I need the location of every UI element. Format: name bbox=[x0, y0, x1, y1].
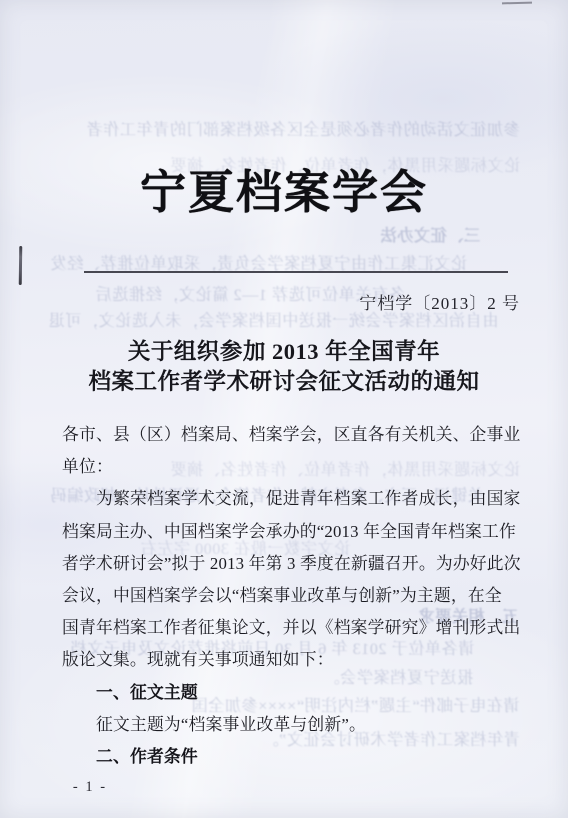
body-line-paragraph: 为繁荣档案学术交流，促进青年档案工作者成长，由国家 bbox=[62, 483, 522, 515]
header-divider-rule bbox=[84, 271, 508, 273]
body-line-paragraph: 版论文集。现就有关事项通知如下： bbox=[62, 644, 522, 676]
notice-body: 各市、县（区）档案局、档案学会，区直各有关机关、企事业 单位： 为繁荣档案学术交… bbox=[62, 419, 522, 773]
bleedthrough-text: 参加征文活动的作者必须是全区各级档案部门的青年工作者 bbox=[86, 116, 520, 140]
scan-edge-mark bbox=[502, 2, 532, 5]
scanned-document-page: 参加征文活动的作者必须是全区各级档案部门的青年工作者 论文标题采用黑体，作者单位… bbox=[0, 0, 568, 818]
bleedthrough-text: 三、征文办法 bbox=[380, 222, 480, 246]
page-number: - 1 - bbox=[58, 779, 122, 796]
notice-title-line-2: 档案工作者学术研讨会征文活动的通知 bbox=[0, 364, 568, 396]
notice-title-line-1: 关于组织参加 2013 年全国青年 bbox=[0, 334, 568, 366]
document-number: 宁档学〔2013〕2 号 bbox=[359, 289, 520, 314]
section-heading-2: 二、作者条件 bbox=[62, 741, 522, 773]
body-line-paragraph: 国青年档案工作者征集论文，并以《档案学研究》增刊形式出 bbox=[62, 612, 522, 644]
body-line-paragraph: 会议，中国档案学会以“档案事业改革与创新”为主题，在全 bbox=[62, 580, 522, 612]
body-line-paragraph: 者学术研讨会”拟于 2013 年第 3 季度在新疆召开。为办好此次 bbox=[62, 548, 522, 580]
section-heading-1: 一、征文主题 bbox=[62, 677, 522, 709]
staple-mark bbox=[19, 246, 23, 285]
body-line-salutation: 单位： bbox=[62, 451, 522, 483]
body-line-paragraph: 档案局主办、中国档案学会承办的“2013 年全国青年档案工作 bbox=[62, 516, 522, 548]
organization-title: 宁夏档案学会 bbox=[0, 156, 568, 222]
section-1-body: 征文主题为“档案事业改革与创新”。 bbox=[62, 709, 522, 741]
body-line-salutation: 各市、县（区）档案局、档案学会，区直各有关机关、企事业 bbox=[62, 419, 522, 451]
